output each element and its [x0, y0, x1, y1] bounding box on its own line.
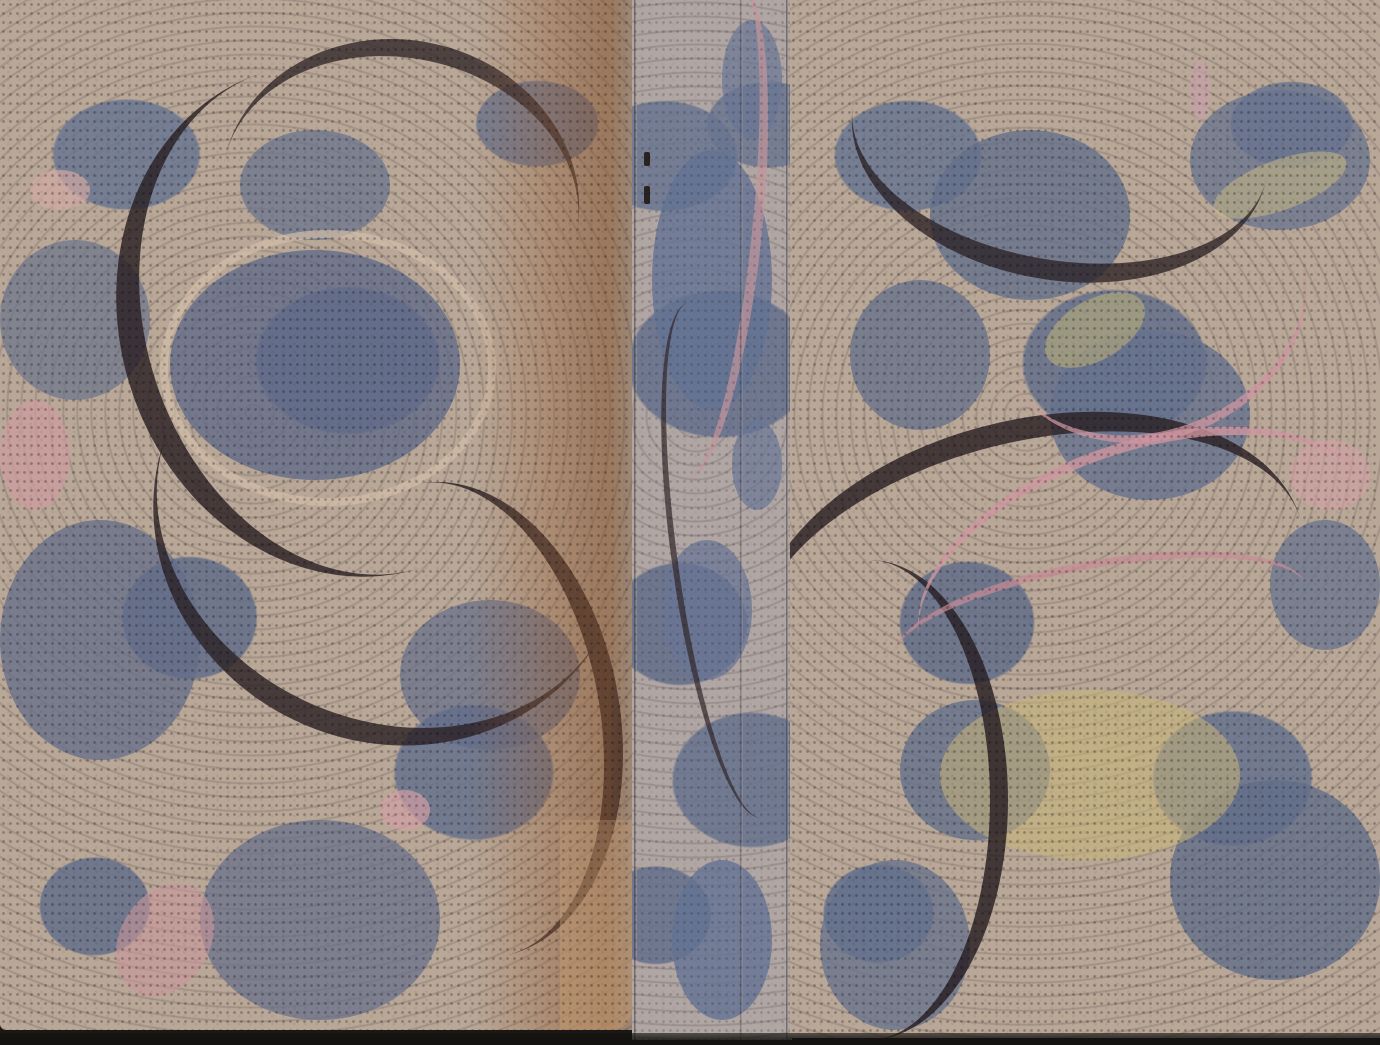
- edge-stain: [470, 0, 632, 1030]
- front-cover: [790, 0, 1380, 1038]
- blue-stone: [1050, 330, 1250, 500]
- speckle-texture: [790, 0, 1380, 1038]
- blue-stone: [170, 250, 460, 480]
- speckle-texture: [0, 0, 632, 1030]
- blue-stone: [1170, 780, 1380, 980]
- sewing-hole: [644, 186, 650, 204]
- blue-stone: [240, 130, 390, 240]
- ochre-field: [940, 690, 1240, 860]
- dark-background-strip: [0, 1033, 1380, 1045]
- ochre-field: [1032, 277, 1157, 384]
- dark-vein: [636, 295, 792, 825]
- dark-vein: [51, 4, 632, 636]
- blue-stone: [850, 280, 990, 430]
- pink-accent: [380, 790, 430, 830]
- blue-stone: [0, 240, 150, 400]
- sewing-hole: [644, 152, 650, 166]
- dark-vein: [79, 219, 632, 822]
- pink-vein: [636, 0, 788, 484]
- pink-vein: [880, 372, 1380, 777]
- corner-wear: [560, 820, 632, 1030]
- blue-stone: [1270, 520, 1380, 650]
- pink-accent: [0, 400, 70, 510]
- dark-vein: [191, 6, 609, 392]
- spine-hinge-right: [786, 0, 789, 1040]
- blue-stone: [930, 130, 1130, 300]
- blue-stone: [200, 820, 440, 1020]
- blue-stone: [722, 20, 782, 140]
- blue-stone: [820, 860, 970, 1030]
- dark-vein: [261, 456, 632, 984]
- pink-accent: [1290, 440, 1370, 510]
- marbled-book-photo: [0, 0, 1380, 1045]
- blue-stone: [0, 520, 200, 760]
- dark-vein: [829, 0, 1291, 314]
- blue-stone: [652, 150, 772, 410]
- blue-stone: [900, 700, 1050, 840]
- blue-stone: [662, 540, 752, 680]
- spine-crease: [740, 0, 743, 1040]
- tan-vein: [160, 230, 496, 506]
- dark-vein: [790, 560, 1008, 1038]
- back-cover: [0, 0, 632, 1030]
- blue-stone: [400, 600, 580, 750]
- pink-vein: [951, 120, 1348, 489]
- blue-stone: [1190, 90, 1370, 230]
- pink-accent: [96, 866, 234, 1015]
- spine: [632, 0, 792, 1040]
- spine-hinge-left: [634, 0, 637, 1040]
- dark-vein: [790, 357, 1343, 824]
- pink-accent: [1190, 60, 1210, 120]
- pink-accent: [30, 170, 90, 210]
- ochre-field: [1206, 138, 1355, 233]
- speckle-texture: [632, 0, 792, 1040]
- pink-vein: [882, 525, 1318, 724]
- blue-stone: [672, 860, 772, 1020]
